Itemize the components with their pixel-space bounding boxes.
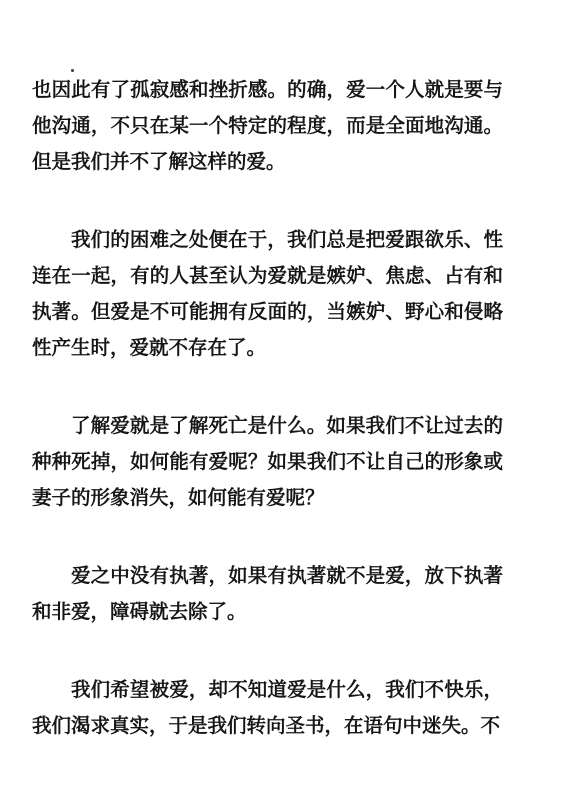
scan-artifact-speck: [71, 69, 74, 72]
page-text-block: 也因此有了孤寂感和挫折感。的确，爱一个人就是要与他沟通，不只在某一个特定的程度，…: [32, 73, 503, 787]
paragraph-5: 我们希望被爱，却不知道爱是什么，我们不快乐，我们渴求真实，于是我们转向圣书，在语…: [32, 673, 503, 745]
paragraph-4: 爱之中没有执著，如果有执著就不是爱，放下执著和非爱，障碍就去除了。: [32, 559, 503, 631]
paragraph-1: 也因此有了孤寂感和挫折感。的确，爱一个人就是要与他沟通，不只在某一个特定的程度，…: [32, 73, 503, 181]
book-page: 也因此有了孤寂感和挫折感。的确，爱一个人就是要与他沟通，不只在某一个特定的程度，…: [0, 0, 562, 799]
paragraph-2: 我们的困难之处便在于，我们总是把爱跟欲乐、性连在一起，有的人甚至认为爱就是嫉妒、…: [32, 223, 503, 367]
paragraph-3: 了解爱就是了解死亡是什么。如果我们不让过去的种种死掉，如何能有爱呢？如果我们不让…: [32, 409, 503, 517]
